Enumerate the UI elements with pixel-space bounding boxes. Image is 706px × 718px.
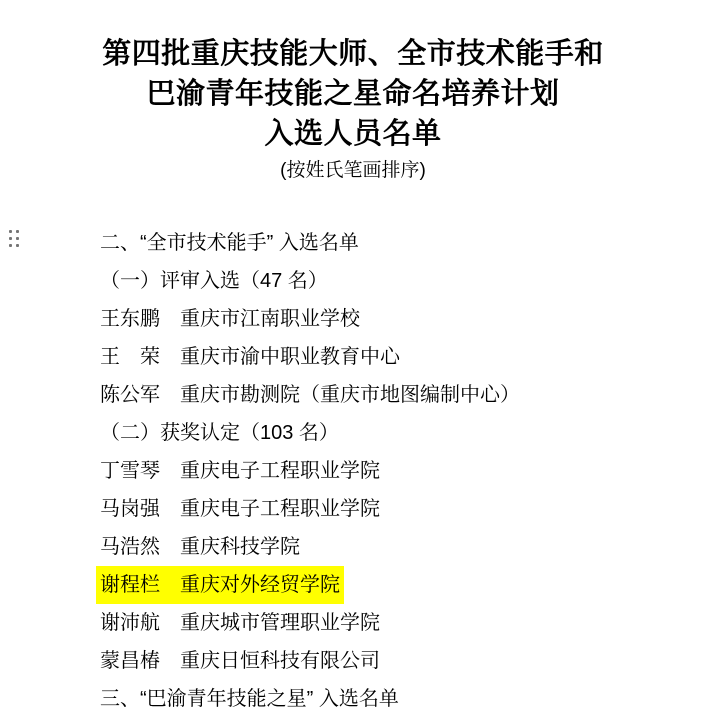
person-organization: 重庆电子工程职业学院 <box>180 452 380 490</box>
subsection-heading[interactable]: （一）评审入选（47 名） <box>100 262 520 300</box>
document-title: 第四批重庆技能大师、全市技术能手和 巴渝青年技能之星命名培养计划 入选人员名单 … <box>0 34 706 186</box>
title-line-1[interactable]: 第四批重庆技能大师、全市技术能手和 <box>0 34 706 74</box>
person-row[interactable]: 谢沛航 重庆城市管理职业学院 <box>100 604 520 642</box>
person-row[interactable]: 马浩然 重庆科技学院 <box>100 528 520 566</box>
person-name: 王东鹏 <box>100 300 160 338</box>
person-name: 王 荣 <box>100 338 160 376</box>
person-organization: 重庆市江南职业学校 <box>180 300 360 338</box>
person-organization: 重庆科技学院 <box>180 528 300 566</box>
title-subtitle[interactable]: (按姓氏笔画排序) <box>0 156 706 186</box>
person-row[interactable]: 马岗强 重庆电子工程职业学院 <box>100 490 520 528</box>
document-page: 第四批重庆技能大师、全市技术能手和 巴渝青年技能之星命名培养计划 入选人员名单 … <box>0 0 706 718</box>
section-heading[interactable]: 三、“巴渝青年技能之星” 入选名单 <box>100 680 520 718</box>
person-row[interactable]: 王东鹏 重庆市江南职业学校 <box>100 300 520 338</box>
drag-handle-dot <box>16 237 19 240</box>
document-body: 二、“全市技术能手” 入选名单 （一）评审入选（47 名） 王东鹏 重庆市江南职… <box>100 224 520 718</box>
section-heading-text: 三、“巴渝青年技能之星” 入选名单 <box>100 680 399 718</box>
section-heading[interactable]: 二、“全市技术能手” 入选名单 <box>100 224 520 262</box>
drag-handle-dot <box>9 244 12 247</box>
drag-handle-dot <box>16 244 19 247</box>
person-organization: 重庆城市管理职业学院 <box>180 604 380 642</box>
subsection-heading-text: （一）评审入选（47 名） <box>100 262 328 300</box>
person-name: 蒙昌椿 <box>100 642 160 680</box>
person-organization: 重庆市渝中职业教育中心 <box>180 338 400 376</box>
subsection-heading-text: （二）获奖认定（103 名） <box>100 414 339 452</box>
person-name: 马岗强 <box>100 490 160 528</box>
person-row[interactable]: 王 荣 重庆市渝中职业教育中心 <box>100 338 520 376</box>
title-line-2[interactable]: 巴渝青年技能之星命名培养计划 <box>0 74 706 114</box>
drag-handle-dot <box>9 230 12 233</box>
person-row-highlighted[interactable]: 谢程栏 重庆对外经贸学院 <box>100 566 520 604</box>
person-name: 陈公军 <box>100 376 160 414</box>
drag-handle-dot <box>16 230 19 233</box>
person-name: 丁雪琴 <box>100 452 160 490</box>
title-line-3[interactable]: 入选人员名单 <box>0 114 706 154</box>
person-organization: 重庆电子工程职业学院 <box>180 490 380 528</box>
person-row[interactable]: 陈公军 重庆市勘测院（重庆市地图编制中心） <box>100 376 520 414</box>
person-organization: 重庆市勘测院（重庆市地图编制中心） <box>180 376 520 414</box>
person-name: 谢沛航 <box>100 604 160 642</box>
person-row[interactable]: 丁雪琴 重庆电子工程职业学院 <box>100 452 520 490</box>
person-name: 马浩然 <box>100 528 160 566</box>
person-row[interactable]: 蒙昌椿 重庆日恒科技有限公司 <box>100 642 520 680</box>
person-name: 谢程栏 <box>100 566 160 604</box>
person-organization: 重庆日恒科技有限公司 <box>180 642 380 680</box>
person-organization: 重庆对外经贸学院 <box>180 566 340 604</box>
section-heading-text: 二、“全市技术能手” 入选名单 <box>100 224 359 262</box>
subsection-heading[interactable]: （二）获奖认定（103 名） <box>100 414 520 452</box>
drag-handle-dot <box>9 237 12 240</box>
drag-handle-icon[interactable] <box>9 230 19 247</box>
